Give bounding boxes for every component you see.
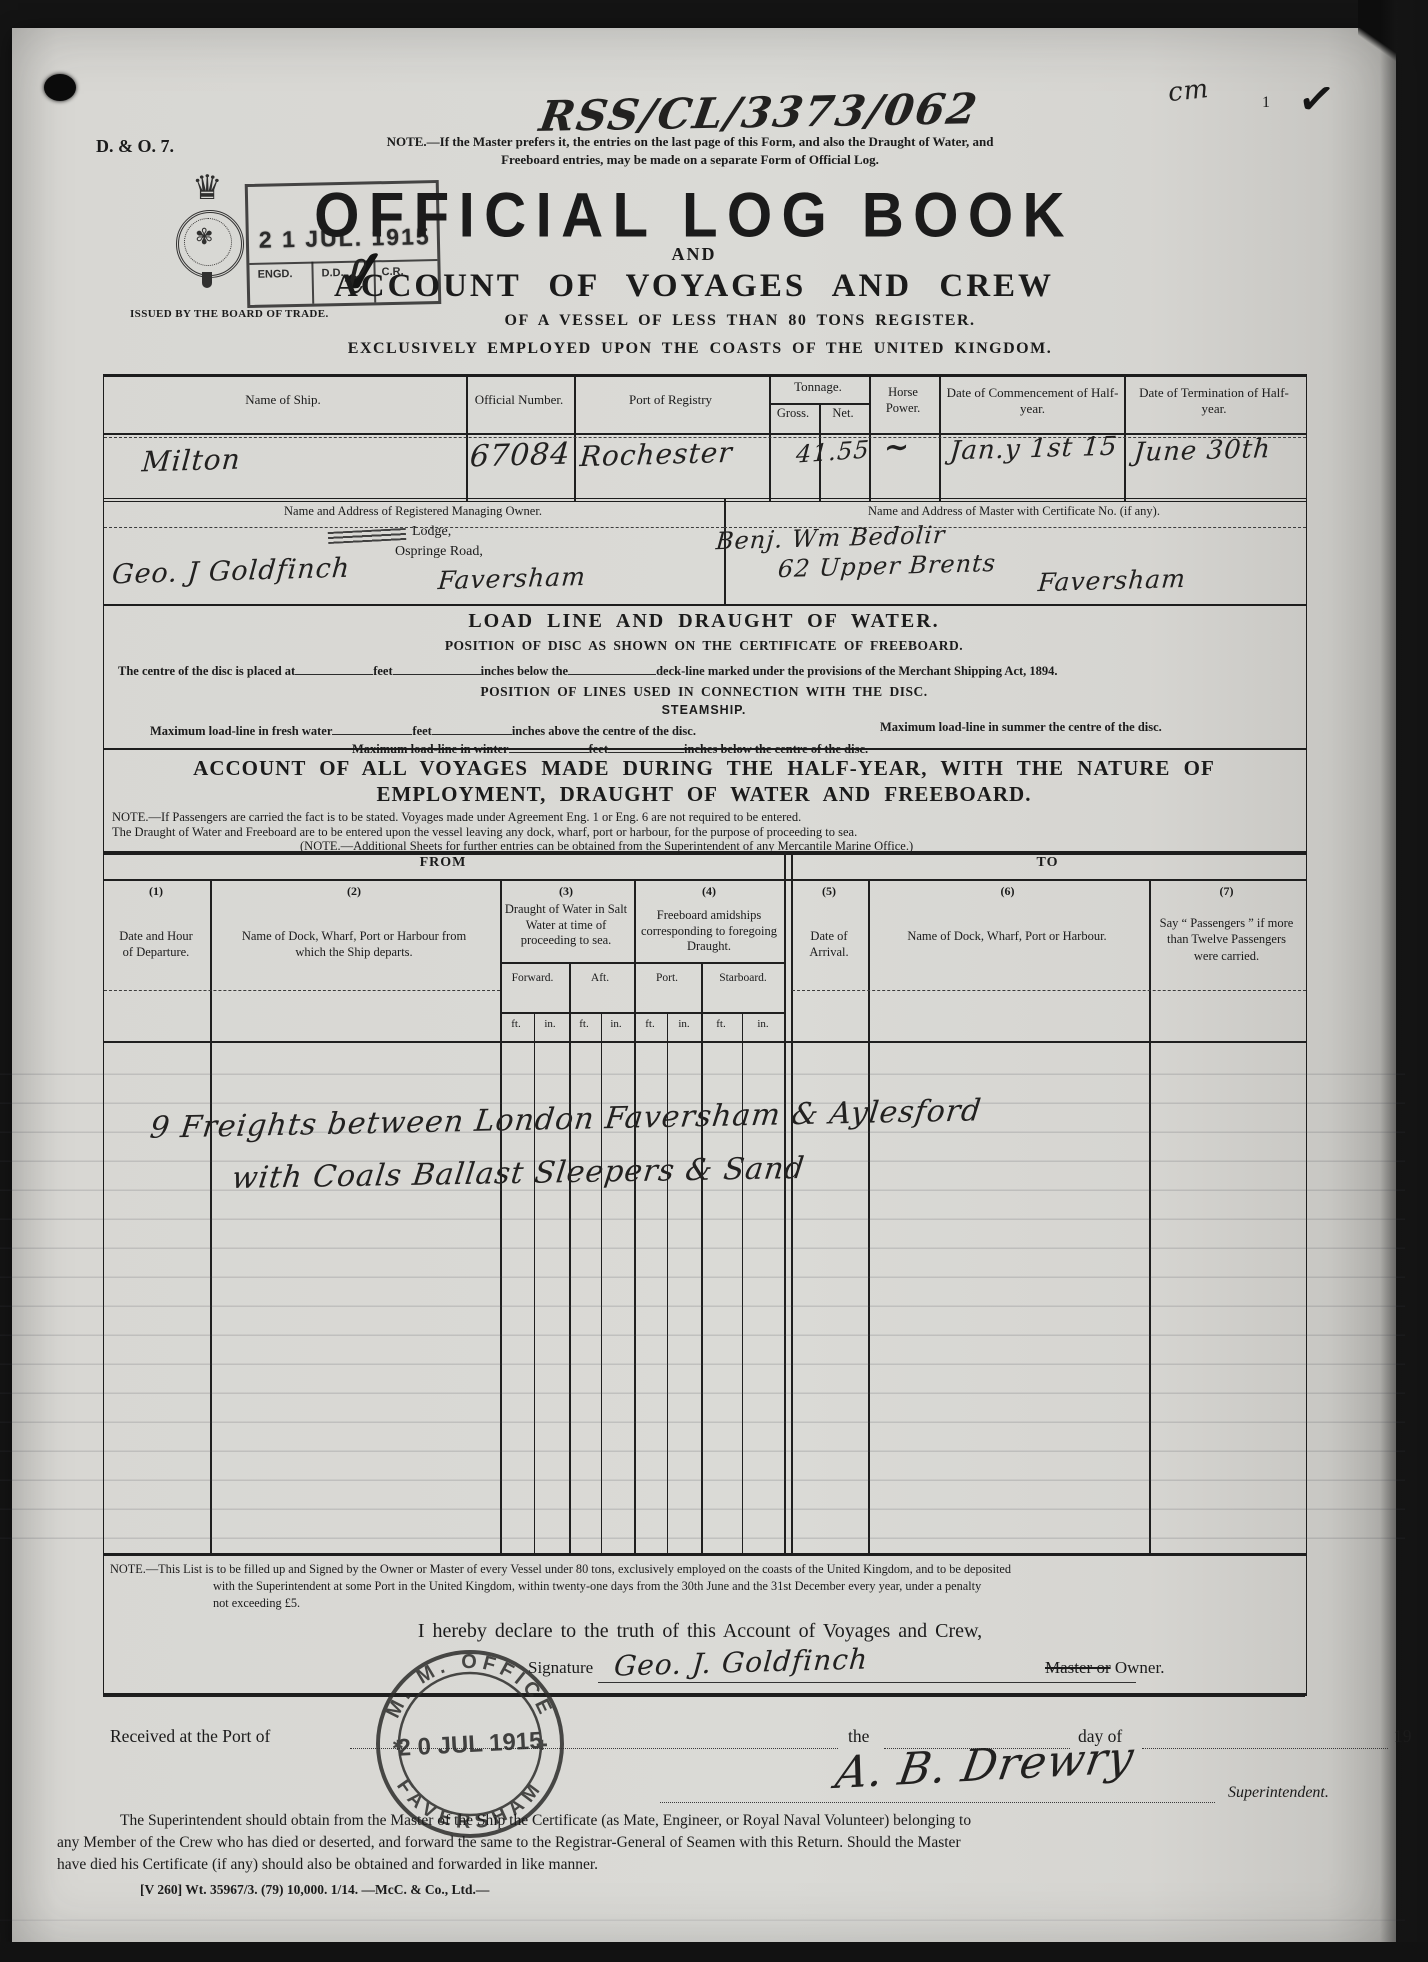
- archive-reference: RSS/CL/3373/062: [536, 84, 982, 141]
- owner-address-printed-2: Ospringe Road,: [395, 544, 483, 560]
- ft-label-3: ft.: [633, 1018, 667, 1030]
- ft-label-2: ft.: [568, 1018, 600, 1030]
- vessel-line: OF A VESSEL OF LESS THAN 80 TONS REGISTE…: [340, 312, 1140, 330]
- account-title-2: EMPLOYMENT, DRAUGHT OF WATER AND FREEBOA…: [103, 782, 1305, 807]
- bottom-note-l1: NOTE.—This List is to be filled up and S…: [110, 1562, 1011, 1577]
- centre-tail: deck-line marked under the provisions of…: [656, 664, 1057, 678]
- in-label-2: in.: [600, 1018, 632, 1030]
- summer-line: Maximum load-line in summer the centre o…: [880, 720, 1162, 735]
- received-the: the: [848, 1726, 869, 1747]
- col3-sub-aft: Aft.: [568, 972, 632, 984]
- col1-label: Date and Hour of Departure.: [113, 928, 199, 961]
- commencement-value: Jan.y 1st 15: [949, 432, 1119, 467]
- header-note-line2: Freeboard entries, may be made on a sepa…: [340, 152, 1040, 168]
- received-year: 19: [1394, 1726, 1412, 1747]
- col3-num: (3): [499, 884, 633, 899]
- col3-sub-forward: Forward.: [499, 972, 566, 984]
- bottom-edge-shadow: [0, 1942, 1428, 1962]
- net-tonnage-value: 41.55: [795, 435, 871, 468]
- col-official-number: Official Number.: [465, 392, 573, 408]
- col-horse-power: Horse Power.: [870, 385, 936, 416]
- centre-mid: inches below the: [481, 664, 569, 678]
- position-disc-line: POSITION OF DISC AS SHOWN ON THE CERTIFI…: [103, 638, 1305, 654]
- account-title-1: ACCOUNT OF ALL VOYAGES MADE DURING THE H…: [103, 756, 1305, 781]
- official-number-value: 67084: [469, 437, 572, 475]
- ft-label-1: ft.: [499, 1018, 533, 1030]
- col7-num: (7): [1148, 884, 1305, 899]
- centre-disc-line: The centre of the disc is placed atfeeti…: [118, 660, 1298, 679]
- super-note-l1: The Superintendent should obtain from th…: [120, 1812, 971, 1830]
- fresh-water-line: Maximum load-line in fresh waterfeetinch…: [150, 720, 696, 739]
- owner-label: Owner.: [1115, 1658, 1165, 1677]
- corner-squiggle: cm: [1167, 74, 1211, 108]
- super-note-l3: have died his Certificate (if any) shoul…: [57, 1856, 598, 1874]
- owner-town-value: Faversham: [437, 562, 587, 595]
- form-code: D. & O. 7.: [96, 136, 174, 157]
- col-net: Net.: [818, 406, 868, 421]
- bottom-note-l3: not exceeding £5.: [213, 1596, 300, 1611]
- col-port-of-registry: Port of Registry: [573, 392, 768, 408]
- centre-pre: The centre of the disc is placed at: [118, 664, 295, 678]
- col-name-of-ship: Name of Ship.: [103, 392, 463, 408]
- fresh-pre: Maximum load-line in fresh water: [150, 724, 332, 738]
- col4-sub-starboard: Starboard.: [701, 972, 785, 984]
- subtitle: ACCOUNT OF VOYAGES AND CREW: [264, 268, 1124, 305]
- col6-label: Name of Dock, Wharf, Port or Harbour.: [892, 928, 1122, 944]
- port-of-registry-value: Rochester: [579, 436, 734, 473]
- col2-label: Name of Dock, Wharf, Port or Harbour fro…: [234, 928, 474, 961]
- main-title: OFFICIAL LOG BOOK: [247, 178, 1141, 251]
- termination-value: June 30th: [1133, 434, 1272, 468]
- stamp-cross-right: ✚: [536, 1739, 548, 1754]
- bottom-box-double-rule: [103, 1695, 1305, 1697]
- col-termination: Date of Termination of Half-year.: [1128, 385, 1300, 418]
- punch-hole: [44, 74, 76, 101]
- steamship-label: STEAMSHIP.: [103, 703, 1305, 717]
- superintendent-label: Superintendent.: [1228, 1784, 1329, 1802]
- page-number: 1: [1262, 94, 1270, 112]
- to-band-label: TO: [790, 855, 1305, 871]
- owner-address-printed-1: Lodge,: [412, 524, 451, 540]
- col7-label: Say “ Passengers ” if more than Twelve P…: [1155, 915, 1298, 964]
- col3-label: Draught of Water in Salt Water at time o…: [502, 902, 630, 949]
- fresh-post: inches above the centre of the disc.: [512, 724, 696, 738]
- super-note-l2: any Member of the Crew who has died or d…: [57, 1834, 961, 1852]
- fresh-feet: feet: [412, 724, 431, 738]
- col2-num: (2): [209, 884, 499, 899]
- stamp-star-left: ✱: [392, 1739, 404, 1754]
- load-line-title: LOAD LINE AND DRAUGHT OF WATER.: [103, 610, 1305, 633]
- col6-num: (6): [867, 884, 1148, 899]
- stamp-date: 2 0 JUL 1915: [397, 1727, 543, 1762]
- issued-by-line: ISSUED BY THE BOARD OF TRADE.: [130, 308, 329, 320]
- owner-header: Name and Address of Registered Managing …: [103, 504, 723, 519]
- col5-label: Date of Arrival.: [796, 928, 862, 961]
- bottom-note-l2: with the Superintendent at some Port in …: [213, 1579, 981, 1594]
- centre-feet: feet: [373, 664, 392, 678]
- scanned-log-book-page: RSS/CL/3373/062 cm 1 ✓ D. & O. 7. NOTE.—…: [0, 0, 1428, 1962]
- signature-line: [598, 1682, 1136, 1683]
- ft-label-4: ft.: [701, 1018, 741, 1030]
- col5-num: (5): [791, 884, 867, 899]
- in-label-4: in.: [741, 1018, 785, 1030]
- master-town-value: Faversham: [1037, 564, 1187, 597]
- col1-num: (1): [103, 884, 209, 899]
- employed-line: EXCLUSIVELY EMPLOYED UPON THE COASTS OF …: [290, 340, 1110, 358]
- in-label-1: in.: [533, 1018, 567, 1030]
- account-note-2: The Draught of Water and Freeboard are t…: [112, 825, 857, 840]
- col-tonnage: Tonnage.: [768, 379, 868, 395]
- master-header: Name and Address of Master with Certific…: [723, 504, 1305, 519]
- col-gross: Gross.: [768, 406, 818, 421]
- and-label: AND: [264, 244, 1124, 265]
- declaration-text: I hereby declare to the truth of this Ac…: [250, 1620, 1150, 1643]
- account-note-1: NOTE.—If Passengers are carried the fact…: [112, 810, 801, 825]
- col-commencement: Date of Commencement of Half-year.: [945, 385, 1120, 418]
- check-mark: ✓: [1295, 72, 1339, 128]
- from-band-label: FROM: [103, 855, 783, 871]
- received-day-line: [1142, 1748, 1388, 1749]
- master-or-struck: Master or: [1045, 1658, 1111, 1677]
- board-of-trade-seal-icon: ♛ ✾: [170, 168, 250, 300]
- right-edge-shadow: [1380, 0, 1428, 1962]
- col4-num: (4): [633, 884, 785, 899]
- master-or-owner: Master or Owner.: [1045, 1658, 1164, 1678]
- in-label-3: in.: [667, 1018, 701, 1030]
- superintendent-line: [660, 1802, 1215, 1803]
- ship-name-value: Milton: [141, 443, 242, 479]
- horse-power-value: ~: [883, 430, 912, 466]
- received-pre: Received at the Port of: [110, 1726, 270, 1747]
- print-imprint: [V 260] Wt. 35967/3. (79) 10,000. 1/14. …: [140, 1882, 489, 1898]
- position-lines-line: POSITION OF LINES USED IN CONNECTION WIT…: [103, 684, 1305, 700]
- header-note-line1: NOTE.—If the Master prefers it, the entr…: [340, 134, 1040, 150]
- col4-sub-port: Port.: [633, 972, 701, 984]
- col4-label: Freeboard amidships corresponding to for…: [640, 908, 778, 955]
